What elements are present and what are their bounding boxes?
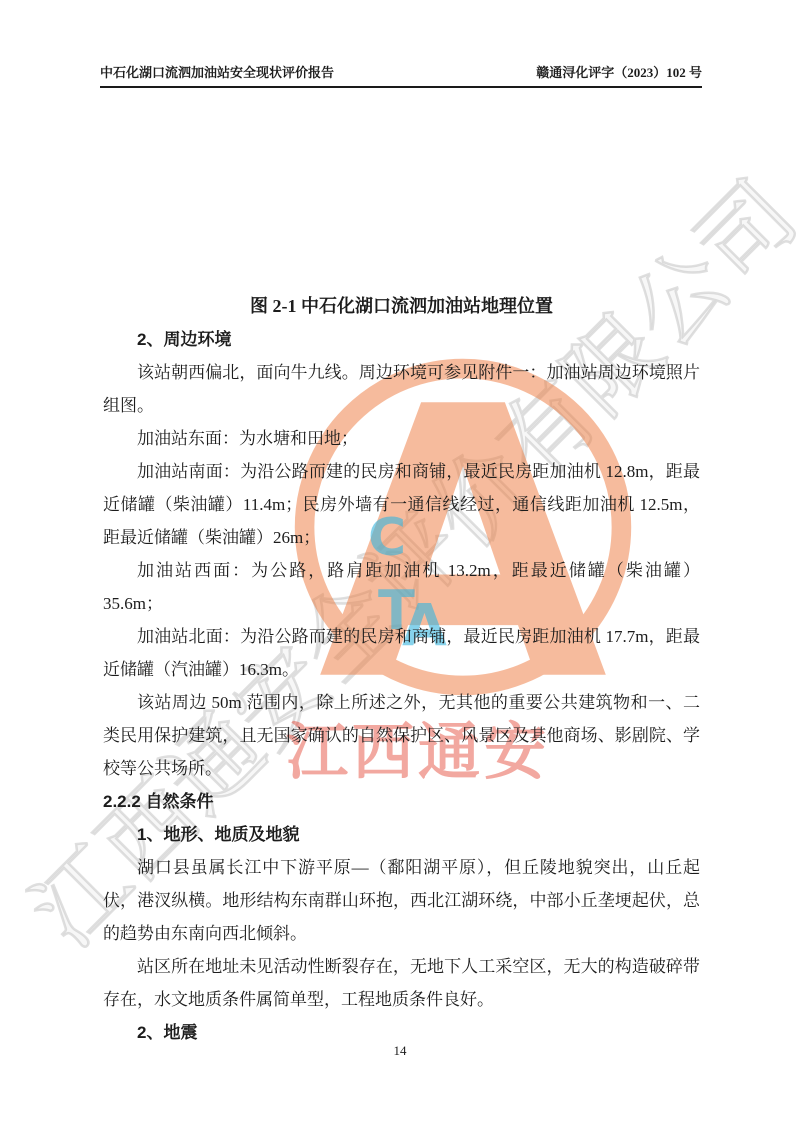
page-footer: 14 <box>0 1043 800 1059</box>
page-header: 中石化湖口流泗加油站安全现状评价报告 赣通浔化评字（2023）102 号 <box>100 62 702 88</box>
page-number: 14 <box>394 1043 407 1058</box>
paragraph-south-side: 加油站南面：为沿公路而建的民房和商铺，最近民房距加油机 12.8m，距最近储罐（… <box>103 455 700 554</box>
header-report-title: 中石化湖口流泗加油站安全现状评价报告 <box>100 62 334 81</box>
document-page: 江西通安全评价有限公司 A C T A 江西通安 中石化湖口流泗加油站安全现状评… <box>0 0 800 1131</box>
header-document-number: 赣通浔化评字（2023）102 号 <box>536 62 702 81</box>
section-heading-surroundings: 2、周边环境 <box>103 323 700 356</box>
document-body: 图 2-1 中石化湖口流泗加油站地理位置 2、周边环境 该站朝西偏北，面向牛九线… <box>103 290 700 1049</box>
section-heading-natural-conditions: 2.2.2 自然条件 <box>103 785 700 818</box>
figure-caption: 图 2-1 中石化湖口流泗加油站地理位置 <box>103 290 700 323</box>
section-heading-terrain: 1、地形、地质及地貌 <box>103 818 700 851</box>
paragraph-geology-description: 站区所在地址未见活动性断裂存在，无地下人工采空区，无大的构造破碎带存在，水文地质… <box>103 950 700 1016</box>
paragraph-east-side: 加油站东面：为水塘和田地； <box>103 422 700 455</box>
paragraph-terrain-description: 湖口县虽属长江中下游平原—（鄱阳湖平原），但丘陵地貌突出，山丘起伏，港汊纵横。地… <box>103 851 700 950</box>
paragraph-north-side: 加油站北面：为沿公路而建的民房和商铺，最近民房距加油机 17.7m，距最近储罐（… <box>103 620 700 686</box>
paragraph-orientation: 该站朝西偏北，面向牛九线。周边环境可参见附件一：加油站周边环境照片组图。 <box>103 356 700 422</box>
paragraph-west-side: 加油站西面：为公路，路肩距加油机 13.2m，距最近储罐（柴油罐）35.6m； <box>103 554 700 620</box>
paragraph-50m-range: 该站周边 50m 范围内，除上所述之外，无其他的重要公共建筑物和一、二类民用保护… <box>103 686 700 785</box>
